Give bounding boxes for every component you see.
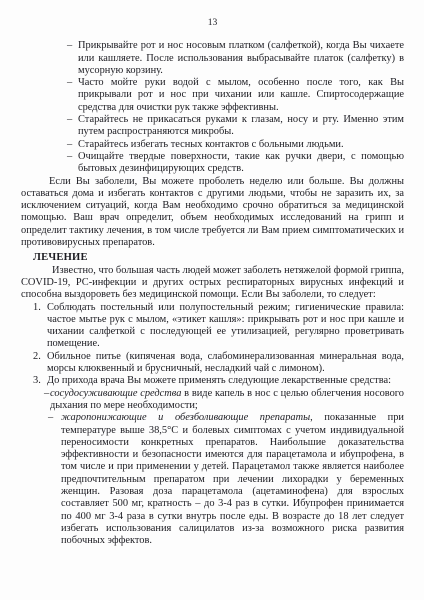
step-number: 1. [33,302,41,314]
treatment-step: 1. Соблюдать постельный или полупостельн… [21,302,404,351]
bullet-text: Старайтесь избегать тесных контактов с б… [78,139,344,150]
hygiene-bullet-list: – Прикрывайте рот и нос носовым платком … [21,40,404,175]
bullet-item: – Очищайте твердые поверхности, такие ка… [21,151,404,176]
medicine-name-italic: сосудосуживающие средства [50,388,181,399]
step-text: До прихода врача Вы можете применять сле… [47,375,391,386]
step-text: Соблюдать постельный или полупостельный … [47,302,404,350]
step-text: Обильное питье (кипяченая вода, слабомин… [47,351,404,374]
bullet-text: Старайтесь не прикасаться руками к глаза… [78,114,404,137]
treatment-step: 3. До прихода врача Вы можете применять … [21,375,404,387]
bullet-text: Очищайте твердые поверхности, такие как … [78,151,404,174]
treatment-section-heading: ЛЕЧЕНИЕ [33,252,404,264]
step-number: 3. [33,375,41,387]
page-number: 13 [21,17,404,29]
dash-bullet-marker: – [67,139,72,151]
dash-bullet-marker: – [67,40,72,52]
dash-bullet-marker: – [67,77,72,89]
medicine-item: –жаропонижающие и обезболивающие препара… [21,412,404,547]
treatment-step: 2. Обильное питье (кипяченая вода, слабо… [21,351,404,376]
medicine-description: , показанные при температуре выше 38,5°С… [61,412,404,546]
step-number: 2. [33,351,41,363]
medicine-name-italic: жаропонижающие и обезболивающие препарат… [61,412,310,423]
dash-bullet-marker: – [44,388,49,400]
bullet-item: – Часто мойте руки водой с мылом, особен… [21,77,404,114]
document-page: 13 – Прикрывайте рот и нос носовым платк… [0,0,424,600]
illness-advice-paragraph: Если Вы заболели, Вы можете проболеть не… [21,176,404,250]
bullet-text: Часто мойте руки водой с мылом, особенно… [78,77,404,113]
dash-bullet-marker: – [67,114,72,126]
bullet-item: – Прикрывайте рот и нос носовым платком … [21,40,404,77]
medicine-item: –сосудосуживающие средства в виде капель… [21,388,404,413]
bullet-item: – Старайтесь не прикасаться руками к гла… [21,114,404,139]
dash-bullet-marker: – [67,151,72,163]
dash-bullet-marker: – [48,412,53,424]
bullet-text: Прикрывайте рот и нос носовым платком (с… [78,40,404,76]
bullet-item: – Старайтесь избегать тесных контактов с… [21,139,404,151]
treatment-steps-list: 1. Соблюдать постельный или полупостельн… [21,302,404,388]
treatment-intro-paragraph: Известно, что большая часть людей может … [21,265,404,302]
